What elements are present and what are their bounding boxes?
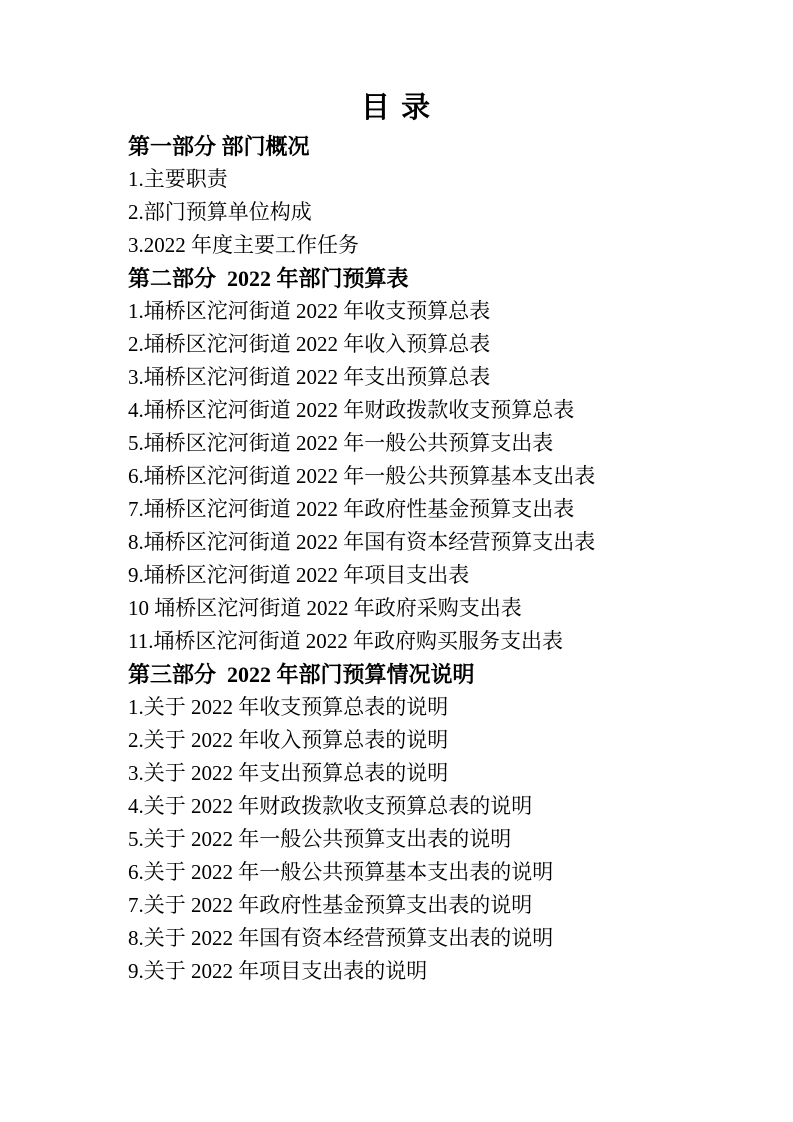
toc-item: 2.关于 2022 年收入预算总表的说明 bbox=[128, 724, 693, 757]
toc-item: 2.部门预算单位构成 bbox=[128, 196, 693, 229]
toc-section-3: 第三部分 2022 年部门预算情况说明 1.关于 2022 年收支预算总表的说明… bbox=[128, 658, 693, 988]
toc-item: 3.2022 年度主要工作任务 bbox=[128, 229, 693, 262]
toc-item: 5.关于 2022 年一般公共预算支出表的说明 bbox=[128, 823, 693, 856]
toc-item: 1.关于 2022 年收支预算总表的说明 bbox=[128, 691, 693, 724]
toc-item: 7.埇桥区沱河街道 2022 年政府性基金预算支出表 bbox=[128, 493, 693, 526]
toc-item: 6.埇桥区沱河街道 2022 年一般公共预算基本支出表 bbox=[128, 460, 693, 493]
toc-section-heading: 第三部分 2022 年部门预算情况说明 bbox=[128, 658, 693, 691]
toc-item: 9.埇桥区沱河街道 2022 年项目支出表 bbox=[128, 559, 693, 592]
toc-item: 5.埇桥区沱河街道 2022 年一般公共预算支出表 bbox=[128, 427, 693, 460]
toc-item: 3.埇桥区沱河街道 2022 年支出预算总表 bbox=[128, 361, 693, 394]
toc-item: 9.关于 2022 年项目支出表的说明 bbox=[128, 955, 693, 988]
toc-item: 1.主要职责 bbox=[128, 163, 693, 196]
toc-item: 8.关于 2022 年国有资本经营预算支出表的说明 bbox=[128, 922, 693, 955]
toc-section-heading: 第二部分 2022 年部门预算表 bbox=[128, 262, 693, 295]
toc-section-heading: 第一部分 部门概况 bbox=[128, 130, 693, 163]
toc-item: 7.关于 2022 年政府性基金预算支出表的说明 bbox=[128, 889, 693, 922]
toc-section-1: 第一部分 部门概况 1.主要职责 2.部门预算单位构成 3.2022 年度主要工… bbox=[128, 130, 693, 262]
toc-item: 8.埇桥区沱河街道 2022 年国有资本经营预算支出表 bbox=[128, 526, 693, 559]
toc-item: 10 埇桥区沱河街道 2022 年政府采购支出表 bbox=[128, 592, 693, 625]
toc-item: 3.关于 2022 年支出预算总表的说明 bbox=[128, 757, 693, 790]
document-page: 目 录 第一部分 部门概况 1.主要职责 2.部门预算单位构成 3.2022 年… bbox=[0, 0, 793, 1122]
toc-item: 11.埇桥区沱河街道 2022 年政府购买服务支出表 bbox=[128, 625, 693, 658]
page-title: 目 录 bbox=[128, 86, 665, 130]
toc-item: 1.埇桥区沱河街道 2022 年收支预算总表 bbox=[128, 295, 693, 328]
toc-item: 6.关于 2022 年一般公共预算基本支出表的说明 bbox=[128, 856, 693, 889]
toc-section-2: 第二部分 2022 年部门预算表 1.埇桥区沱河街道 2022 年收支预算总表 … bbox=[128, 262, 693, 658]
toc-item: 2.埇桥区沱河街道 2022 年收入预算总表 bbox=[128, 328, 693, 361]
toc-item: 4.埇桥区沱河街道 2022 年财政拨款收支预算总表 bbox=[128, 394, 693, 427]
toc-item: 4.关于 2022 年财政拨款收支预算总表的说明 bbox=[128, 790, 693, 823]
